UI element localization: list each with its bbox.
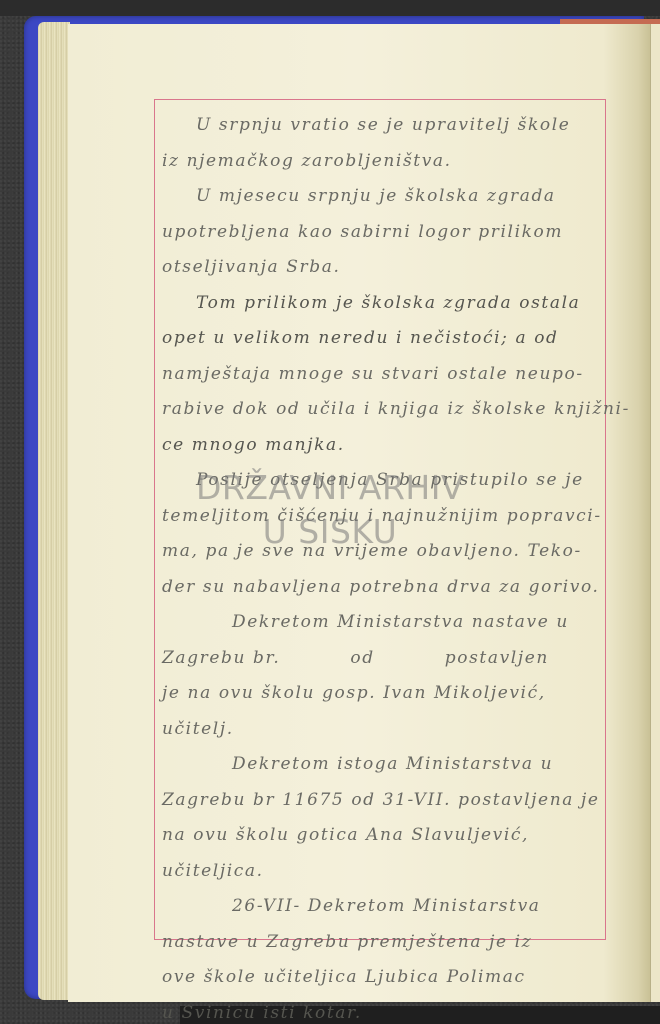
text-line: učiteljica. [162, 854, 598, 890]
handwritten-text: U srpnju vratio se je upravitelj škole i… [162, 108, 598, 1024]
text-line: opet u velikom neredu i nečistoći; a od [162, 321, 598, 357]
text-line: je na ovu školu gosp. Ivan Mikoljević, [162, 676, 598, 712]
text-line: ce mnogo manjka. [162, 428, 598, 464]
text-line: temeljitom čišćenju i najnužnijim poprav… [162, 499, 598, 535]
text-line: učitelj. [162, 712, 598, 748]
text-line: U srpnju vratio se je upravitelj škole [162, 108, 598, 144]
text-line: 26-VII- Dekretom Ministarstva [162, 889, 598, 925]
text-line: iz njemačkog zarobljeništva. [162, 144, 598, 180]
text-line: otseljivanja Srba. [162, 250, 598, 286]
text-line: ma, pa je sve na vrijeme obavljeno. Teko… [162, 534, 598, 570]
text-line: ove škole učiteljica Ljubica Polimac [162, 960, 598, 996]
text-line: Zagrebu br. od postavljen [162, 641, 598, 677]
text-line: nastave u Zagrebu premještena je iz [162, 925, 598, 961]
text-line: Dekretom Ministarstva nastave u [162, 605, 598, 641]
scanner-backdrop [0, 0, 660, 16]
text-line: Dekretom istoga Ministarstva u [162, 747, 598, 783]
text-line: rabive dok od učila i knjiga iz školske … [162, 392, 598, 428]
text-line: Tom prilikom je školska zgrada ostala [162, 286, 598, 322]
text-line: na ovu školu gotica Ana Slavuljević, [162, 818, 598, 854]
text-line: u Svinicu isti kotar. [162, 996, 598, 1024]
text-line: Poslije otseljenja Srba pristupilo se je [162, 463, 598, 499]
facing-page-edge [650, 24, 660, 1002]
page-stack-edges [38, 22, 70, 1000]
text-line: Zagrebu br 11675 od 31-VII. postavljena … [162, 783, 598, 819]
text-line: upotrebljena kao sabirni logor prilikom [162, 215, 598, 251]
text-line: U mjesecu srpnju je školska zgrada [162, 179, 598, 215]
text-line: namještaja mnoge su stvari ostale neupo- [162, 357, 598, 393]
text-line: der su nabavljena potrebna drva za goriv… [162, 570, 598, 606]
